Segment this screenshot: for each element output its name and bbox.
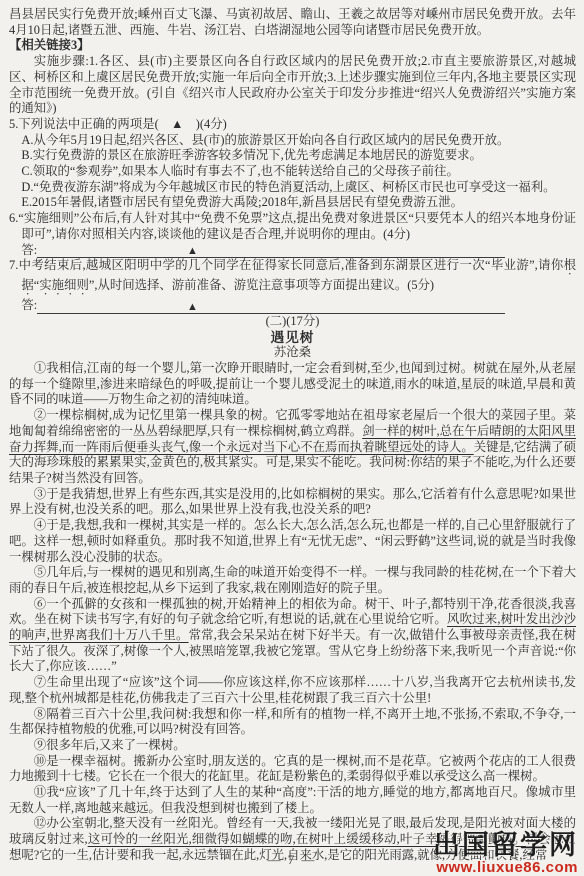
question-5-option-c: C.领取的“参观券”,如果本人临时有事去不了,也不能转送给自己的父母孩子前往。 (9, 164, 576, 180)
essay-paragraph-3: ③于是我猜想,世界上有些东西,其实是没用的,比如棕榈树的果实。那么,它活着有什么… (9, 487, 576, 518)
question-6: 6.“实施细则”公布后,有人针对其中“免费不免票”这点,提出免费对象进景区“只要… (9, 211, 576, 242)
answer-line-6: 答: ▲ (9, 243, 576, 259)
text-segment: ⑪我“应该”了几十年,终于达到了人生的某种“高度”:干活的地方,睡觉的地方,都离… (9, 785, 576, 815)
text-segment: ①我相信,江南的每一个婴儿,第一次睁开眼睛时,一定会看到树,至少,也闻到过树。树… (9, 361, 576, 406)
question-7: 7.中考结束后,越城区阳明中学的几个同学在征得家长同意后,准备到东湖景区进行一次… (9, 258, 576, 298)
text-segment: ④于是,我想,我和一棵树,其实是一样的。怎么长大,怎么活,怎么玩,也都是一样的,… (9, 518, 576, 563)
essay-paragraph-5: ⑤几年后,与一棵树的遇见和别离,生命的味道开始变得不一样。一棵与我同龄的桂花树,… (9, 565, 576, 596)
essay-paragraph-2: ②一棵棕榈树,成为记忆里第一棵具象的树。它孤零零地站在祖母家老屋后一个很大的菜园… (9, 408, 576, 487)
text-segment: 7.中考结束后,越城区阳明中学的几个同学在征得家长同意后,准备到东湖景区进行一次… (9, 258, 564, 272)
watermark: 出国留学网 www.liuxue86.com (433, 832, 578, 875)
text-segment: ⑩是一棵幸福树。搬新办公室时,朋友送的。它真的是一棵树,而不是花草。它被两个花店… (9, 754, 576, 784)
answer-line-7: 答: ▲ (9, 298, 576, 314)
essay-paragraph-4: ④于是,我想,我和一棵树,其实是一样的。怎么长大,怎么活,怎么玩,也都是一样的,… (9, 518, 576, 565)
essay-paragraph-1: ①我相信,江南的每一个婴儿,第一次睁开眼睛时,一定会看到树,至少,也闻到过树。树… (9, 361, 576, 408)
essay-author: 苏沧桑 (9, 345, 576, 361)
essay-paragraph-6: ⑥一个孤僻的女孩和一棵孤独的树,开始精神上的相依为命。树干、叶子,都特别干净,花… (9, 597, 576, 676)
essay-paragraph-8: ⑧隔着三百六十公里,我问树:我想和你一样,和所有的植物一样,不离开土地,不张扬,… (9, 707, 576, 738)
question-5-option-b: B.实行免费游的景区在旅游旺季游客较多情况下,优先考虑满足本地居民的游览要求。 (9, 148, 576, 164)
essay-paragraph-7: ⑦生命里出现了“应该”这个词——你应该这样,你不应该那样……十八岁,当我离开它去… (9, 675, 576, 706)
page-content: 昌县居民实行免费开放;嵊州百丈飞瀑、马寅初故居、瞻山、王羲之故居等对嵊州市居民免… (0, 0, 584, 864)
triangle-mark-icon: ▲ (187, 300, 198, 314)
answer-label: 答: (21, 298, 37, 314)
related-link-body: 实施步骤:1.各区、县(市)主要景区向各自行政区域内的居民免费开放;2.市直主要… (9, 54, 576, 117)
text-segment: ⑨很多年后,又来了一棵树。 (34, 738, 186, 752)
answer-blank: ▲ (37, 299, 505, 314)
essay-paragraph-9: ⑨很多年后,又来了一棵树。 (9, 738, 576, 754)
text-segment: ⑦生命里出现了“应该”这个词——你应该这样,你不应该那样……十八岁,当我离开它去… (9, 675, 576, 705)
question-5-option-e: E.2015年暑假,诸暨市居民有望免费游大禹陵;2018年,新昌县居民有望免费游… (9, 195, 576, 211)
triangle-mark-icon: ▲ (187, 244, 198, 258)
text-segment: ⑤几年后,与一棵树的遇见和别离,生命的味道开始变得不一样。一棵与我同龄的桂花树,… (9, 565, 576, 595)
exam-page: 昌县居民实行免费开放;嵊州百丈飞瀑、马寅初故居、瞻山、王羲之故居等对嵊州市居民免… (0, 0, 584, 876)
section-heading: (二)(17分) (9, 314, 576, 330)
text-segment: ③于是我猜想,世界上有些东西,其实是没用的,比如棕榈树的果实。那么,它活着有什么… (9, 487, 576, 517)
answer-blank: ▲ (37, 243, 505, 258)
question-5-option-d: D.“免费夜游东湖”将成为今年越城区市民的特色消夏活动,上虞区、柯桥区市民也可享… (9, 180, 576, 196)
essay-paragraph-10: ⑩是一棵幸福树。搬新办公室时,朋友送的。它真的是一棵树,而不是花草。它被两个花店… (9, 754, 576, 785)
essay-paragraph-11: ⑪我“应该”了几十年,终于达到了人生的某种“高度”:干活的地方,睡觉的地方,都离… (9, 785, 576, 816)
watermark-site-name: 出国留学网 (433, 832, 578, 860)
text-segment: 实施细则 (39, 278, 89, 292)
text-segment: ⑧隔着三百六十公里,我问树:我想和你一样,和所有的植物一样,不离开土地,不张扬,… (9, 707, 576, 737)
intro-paragraph: 昌县居民实行免费开放;嵊州百丈飞瀑、马寅初故居、瞻山、王羲之故居等对嵊州市居民免… (9, 7, 576, 38)
question-5-option-a: A.从今年5月19日起,绍兴各区、县(市)的旅游景区开始向各自行政区域内的居民免… (9, 133, 576, 149)
watermark-url: www.liuxue86.com (433, 860, 578, 875)
essay-title: 遇见树 (9, 330, 576, 346)
answer-label: 答: (21, 243, 37, 259)
question-5-stem: 5.下列说法中正确的两项是( ▲ )(4分) (9, 117, 576, 133)
related-link-title: 【相关链接3】 (9, 38, 576, 54)
text-segment: ”,从时间选择、游前准备、游览注意事项等方面提出建议。(5分) (89, 278, 434, 292)
